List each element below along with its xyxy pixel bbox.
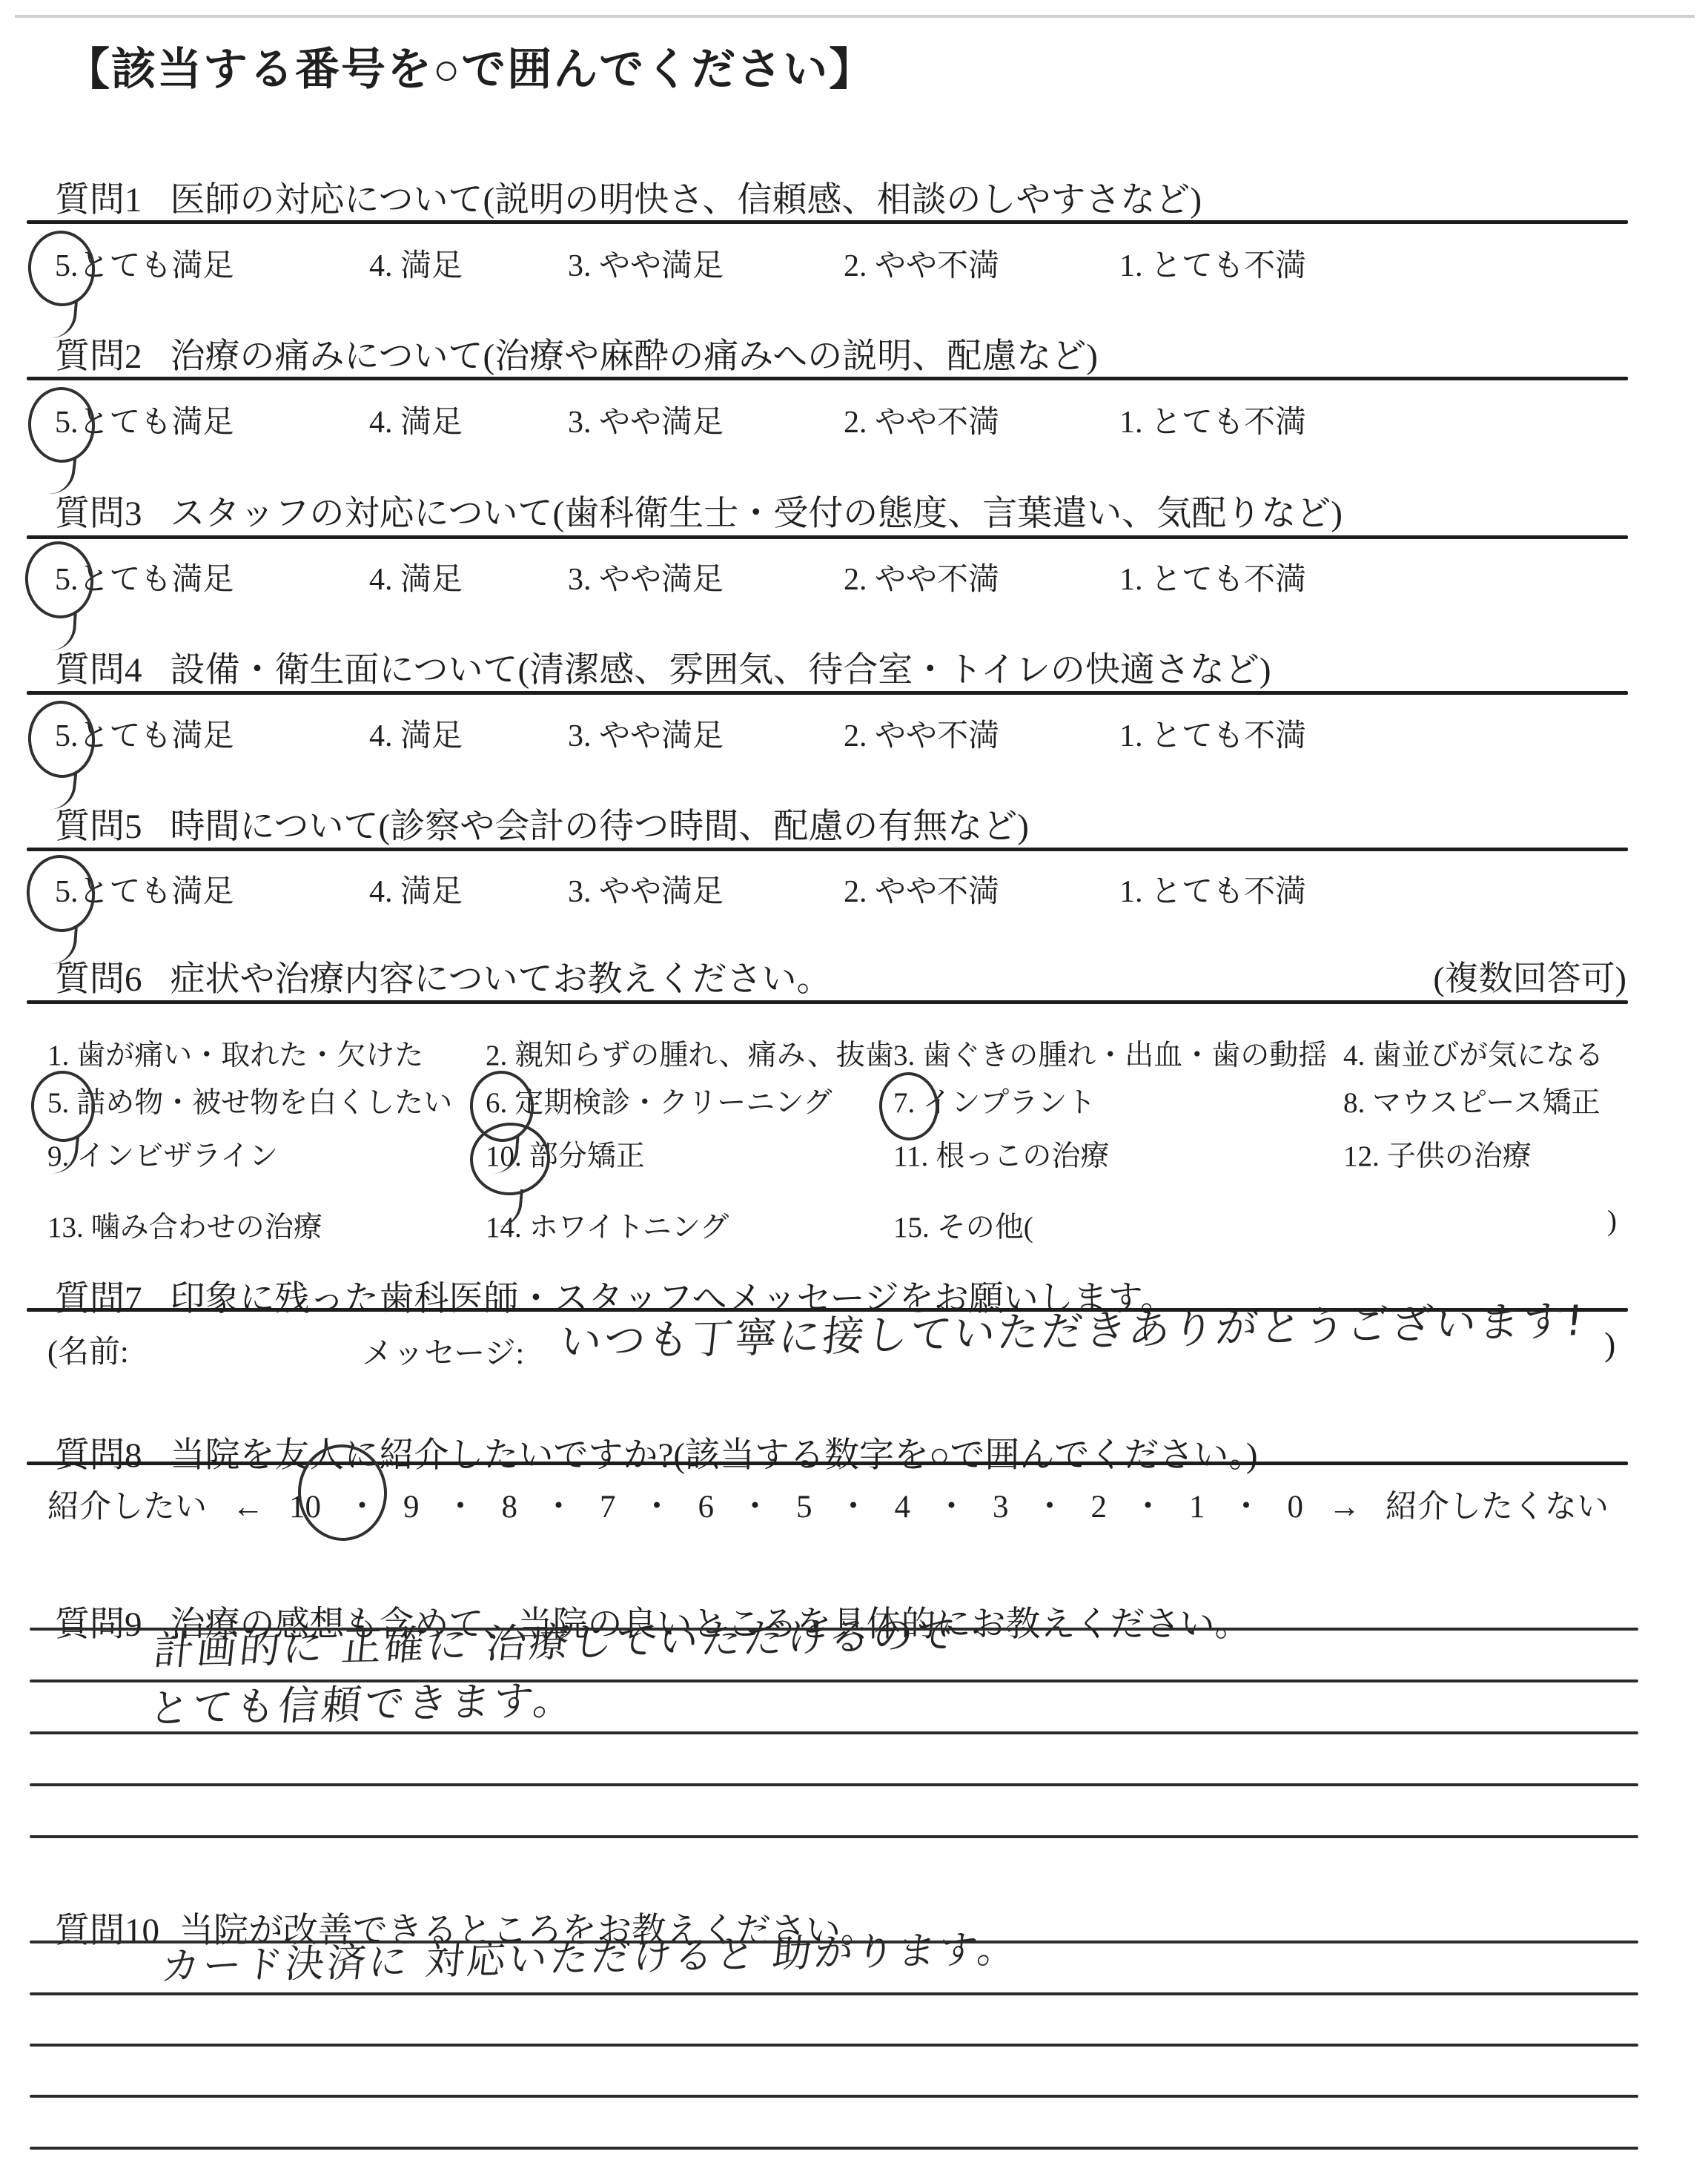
q8-separator: ・ — [936, 1482, 967, 1527]
q6-item-8-num: 8. — [1343, 1087, 1365, 1119]
q6-item-5-text: 詰め物・被せ物を白くしたい — [76, 1087, 452, 1119]
q8-number-9: 9 — [403, 1489, 420, 1525]
q6-item-3: 3.歯ぐきの腫れ・出血・歯の動揺 — [893, 1032, 1327, 1074]
q8-number-7: 7 — [600, 1489, 616, 1525]
q8-separator: ・ — [641, 1482, 673, 1527]
q6-item-3-num: 3. — [893, 1040, 915, 1071]
q3-option-3: 3. やや満足 — [568, 555, 724, 599]
q5-option-2: 2. やや不満 — [844, 867, 999, 911]
q4-option-1: 1. とても不満 — [1119, 711, 1306, 756]
q2-option-1: 1. とても不満 — [1119, 397, 1306, 442]
q4-option-2: 2. やや不満 — [844, 711, 999, 756]
q6-item-14-text: ホワイトニング — [529, 1212, 729, 1244]
q7-message-label: メッセージ: — [362, 1329, 524, 1373]
q5-heading: 質問5時間について(診察や会計の待つ時間、配慮の有無など) — [55, 799, 1029, 848]
q5-title: 時間について(診察や会計の待つ時間、配慮の有無など) — [171, 807, 1029, 846]
q8-left-label: 紹介したい — [47, 1482, 207, 1527]
q3-option-1: 1. とても不満 — [1119, 555, 1306, 599]
q10-line-4 — [30, 2095, 1638, 2098]
q8-separator: ・ — [445, 1482, 477, 1527]
q3-rule — [27, 535, 1628, 539]
q6-item-2-text: 親知らずの腫れ、痛み、抜歯 — [514, 1040, 894, 1071]
q6-item-15-num: 15. — [893, 1212, 930, 1244]
q1-option-3: 3. やや満足 — [568, 241, 724, 285]
q3-heading: 質問3スタッフの対応について(歯科衛生士・受付の態度、言葉遣い、気配りなど) — [55, 486, 1343, 535]
q6-rule — [27, 1000, 1628, 1004]
q6-label: 質問6 — [55, 960, 142, 999]
q8-number-5: 5 — [796, 1489, 812, 1525]
q8-recommend-scale: 紹介したい ← 10 ・ 9 ・ 8 ・ 7 ・ 6 ・ 5 ・ 4 ・ 3 ・… — [47, 1482, 1609, 1527]
q8-right-label: 紹介したくない — [1386, 1482, 1609, 1527]
q5-rule — [27, 848, 1628, 851]
q8-rule — [27, 1462, 1628, 1465]
q8-separator: ・ — [1132, 1482, 1164, 1527]
q8-number-4: 4 — [895, 1489, 911, 1525]
q6-item-8-text: マウスピース矯正 — [1372, 1087, 1600, 1119]
q8-separator: ・ — [543, 1482, 575, 1527]
q5-option-4: 4. 満足 — [369, 867, 463, 911]
q6-title: 症状や治療内容についてお教えください。 — [171, 960, 832, 999]
q4-heading: 質問4設備・衛生面について(清潔感、雰囲気、待合室・トイレの快適さなど) — [55, 642, 1271, 692]
q4-rule — [27, 691, 1628, 695]
q6-multi-answer-note: (複数回答可) — [1433, 951, 1626, 1000]
q2-label: 質問2 — [55, 337, 142, 376]
q6-item-4-text: 歯並びが気になる — [1372, 1040, 1603, 1071]
form-instruction-title: 【該当する番号を○で囲んでください】 — [65, 34, 875, 98]
q6-item-6: 6.定期検診・クリーニング — [486, 1080, 832, 1121]
q8-separator: ・ — [739, 1482, 771, 1527]
q4-title: 設備・衛生面について(清潔感、雰囲気、待合室・トイレの快適さなど) — [171, 651, 1271, 690]
q2-title: 治療の痛みについて(治療や麻酔の痛みへの説明、配慮など) — [171, 337, 1098, 376]
q6-item-13-num: 13. — [47, 1212, 84, 1244]
q6-item-7-text: インプラント — [922, 1087, 1096, 1119]
q7-label: 質問7 — [55, 1280, 142, 1318]
q5-handwritten-circle — [23, 851, 99, 935]
q8-separator: ・ — [1034, 1482, 1066, 1527]
q5-option-3: 3. やや満足 — [568, 867, 724, 911]
q3-option-4: 4. 満足 — [369, 555, 463, 599]
q6-item-1-text: 歯が痛い・取れた・欠けた — [76, 1040, 423, 1071]
q6-item-12-num: 12. — [1343, 1140, 1380, 1172]
q6-item-12: 12.子供の治療 — [1343, 1133, 1532, 1175]
q6-item-5: 5.詰め物・被せ物を白くしたい — [47, 1080, 452, 1121]
q6-item-13-text: 噛み合わせの治療 — [91, 1212, 322, 1244]
q8-right-arrow-icon: → — [1328, 1489, 1360, 1525]
q7-name-label: (名前: — [47, 1327, 129, 1372]
q8-number-3: 3 — [993, 1489, 1009, 1525]
q6-item-9: 9.インビザライン — [47, 1133, 278, 1175]
q6-item-1: 1.歯が痛い・取れた・欠けた — [47, 1032, 423, 1074]
q6-item-4-num: 4. — [1343, 1040, 1365, 1071]
q6-item-2: 2.親知らずの腫れ、痛み、抜歯 — [486, 1032, 894, 1074]
q6-item-1-num: 1. — [47, 1040, 69, 1071]
q3-handwritten-circle — [21, 538, 98, 622]
q1-option-1: 1. とても不満 — [1119, 241, 1306, 285]
q2-rule — [27, 377, 1628, 380]
q8-label: 質問8 — [55, 1436, 142, 1475]
q2-option-4: 4. 満足 — [369, 397, 463, 442]
q6-item-6-text: 定期検診・クリーニング — [514, 1087, 832, 1119]
q6-item-14: 14.ホワイトニング — [486, 1204, 729, 1246]
q9-label: 質問9 — [55, 1605, 142, 1644]
q4-option-4: 4. 満足 — [369, 711, 463, 756]
q6-heading: 質問6症状や治療内容についてお教えください。 — [55, 951, 832, 1001]
q6-item-4: 4.歯並びが気になる — [1343, 1032, 1603, 1074]
q3-label: 質問3 — [55, 495, 142, 533]
q6-item-12-text: 子供の治療 — [1387, 1140, 1532, 1172]
q1-handwritten-circle — [25, 228, 99, 308]
q8-number-0: 0 — [1288, 1489, 1304, 1525]
q1-title: 医師の対応について(説明の明快さ、信頼感、相談のしやすさなど) — [171, 181, 1202, 219]
q6-item-2-num: 2. — [486, 1040, 507, 1071]
q10-line-3 — [30, 2044, 1638, 2047]
q10-label: 質問10 — [55, 1912, 159, 1950]
q4-option-3: 3. やや満足 — [568, 711, 724, 756]
q1-rule — [27, 220, 1628, 224]
q5-option-1: 1. とても不満 — [1119, 867, 1306, 911]
q2-option-2: 2. やや不満 — [844, 397, 999, 442]
q6-item-11-text: 根っこの治療 — [936, 1140, 1109, 1172]
q10-line-5 — [30, 2147, 1638, 2150]
q8-separator: ・ — [1231, 1482, 1262, 1527]
q8-heading: 質問8当院を友人に紹介したいですか?(該当する数字を○で囲んでください。) — [55, 1427, 1258, 1477]
q6-item-11-num: 11. — [893, 1140, 928, 1172]
q6-item-15-text: その他( — [937, 1212, 1033, 1244]
scan-artifact-line — [15, 15, 1695, 18]
q7-close-paren: ) — [1604, 1324, 1615, 1364]
q10-line-2 — [30, 1992, 1638, 1995]
q3-option-2: 2. やや不満 — [844, 555, 999, 599]
q8-number-8: 8 — [502, 1489, 518, 1525]
q1-heading: 質問1医師の対応について(説明の明快さ、信頼感、相談のしやすさなど) — [55, 172, 1202, 222]
q8-number-1: 1 — [1189, 1489, 1205, 1525]
q6-item-8: 8.マウスピース矯正 — [1343, 1080, 1601, 1121]
survey-form-scan: 【該当する番号を○で囲んでください】 質問1医師の対応について(説明の明快さ、信… — [0, 0, 1708, 2160]
q6-item-15: 15.その他( — [893, 1204, 1033, 1246]
q8-number-6: 6 — [698, 1489, 715, 1525]
q6-item-11: 11.根っこの治療 — [893, 1133, 1109, 1175]
q8-number-2: 2 — [1091, 1489, 1108, 1525]
q6-item-13: 13.噛み合わせの治療 — [47, 1204, 322, 1246]
q5-label: 質問5 — [55, 807, 142, 846]
q4-label: 質問4 — [55, 651, 142, 690]
q8-separator: ・ — [838, 1482, 870, 1527]
q9-handwritten-line-2: とても信頼できます。 — [147, 1668, 579, 1734]
q9-line-3 — [30, 1731, 1638, 1734]
q9-line-4 — [30, 1783, 1638, 1786]
q8-left-arrow-icon: ← — [232, 1489, 264, 1525]
q6-item-3-text: 歯ぐきの腫れ・出血・歯の動揺 — [922, 1040, 1327, 1071]
q1-option-4: 4. 満足 — [369, 241, 463, 285]
q3-title: スタッフの対応について(歯科衛生士・受付の態度、言葉遣い、気配りなど) — [171, 495, 1343, 533]
q2-heading: 質問2治療の痛みについて(治療や麻酔の痛みへの説明、配慮など) — [55, 328, 1098, 378]
q9-line-5 — [30, 1835, 1638, 1838]
q6-other-close-paren: ) — [1607, 1204, 1617, 1238]
q1-label: 質問1 — [55, 181, 142, 219]
q6-item-9-text: インビザライン — [76, 1140, 278, 1172]
q2-option-3: 3. やや満足 — [568, 397, 724, 442]
q1-option-2: 2. やや不満 — [844, 241, 999, 285]
